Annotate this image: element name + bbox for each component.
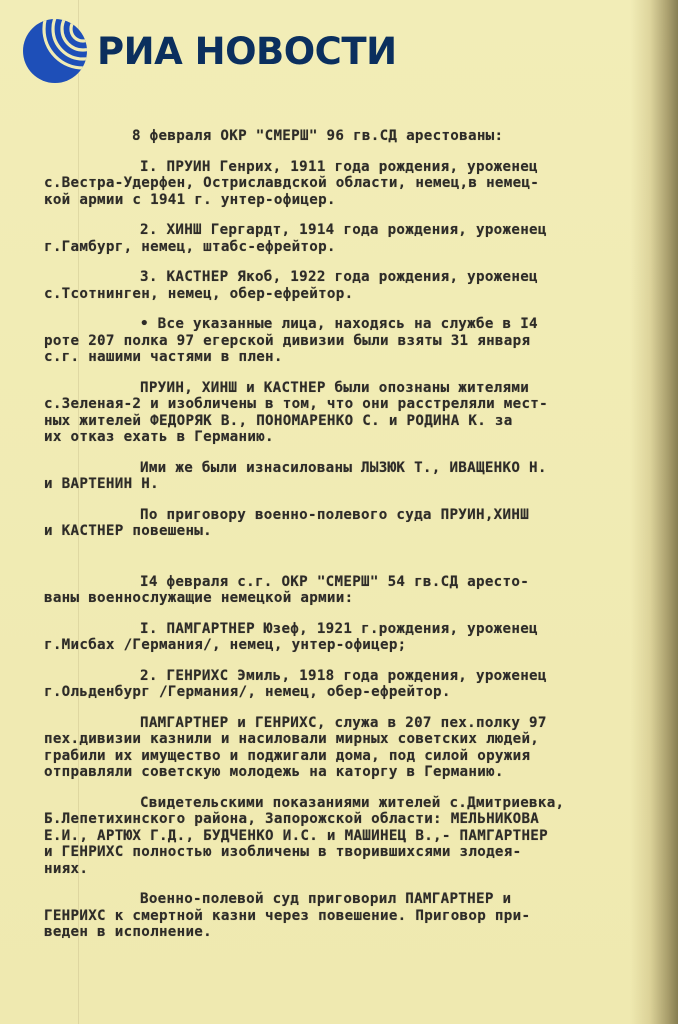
arrested-person-entry: 3. КАСТНЕР Якоб, 1922 года рождения, уро…: [44, 269, 624, 302]
ria-novosti-logo: РИА НОВОСТИ: [21, 17, 397, 85]
report-paragraph-line: Е.И., АРТЮХ Г.Д., БУДЧЕНКО И.С. и МАШИНЕ…: [44, 828, 624, 845]
arrested-person-entry-line: г.Гамбург, немец, штабс-ефрейтор.: [44, 239, 624, 256]
arrested-person-entry: 2. ХИНШ Гергардт, 1914 года рождения, ур…: [44, 222, 624, 255]
report-paragraph-first-line: По приговору военно-полевого суда ПРУИН,…: [44, 507, 624, 524]
report-paragraph: • Все указанные лица, находясь на службе…: [44, 316, 624, 366]
report-paragraph-line: и ГЕНРИХС полностью изобличены в творивш…: [44, 844, 624, 861]
report-paragraph-first-line: ПАМГАРТНЕР и ГЕНРИХС, служа в 207 пех.по…: [44, 715, 624, 732]
arrested-person-entry-first-line: 2. ХИНШ Гергардт, 1914 года рождения, ур…: [44, 222, 624, 239]
report-paragraph-first-line: Свидетельскими показаниями жителей с.Дми…: [44, 795, 624, 812]
report-paragraph-line: и КАСТНЕР повешены.: [44, 523, 624, 540]
arrested-person-entry: 2. ГЕНРИХС Эмиль, 1918 года рождения, ур…: [44, 668, 624, 701]
report-paragraph-line: ных жителей ФЕДОРЯК В., ПОНОМАРЕНКО С. и…: [44, 413, 624, 430]
document-body: 8 февраля ОКР "СМЕРШ" 96 гв.СД арестован…: [44, 128, 624, 941]
report-paragraph-line: отправляли советскую молодежь на каторгу…: [44, 764, 624, 781]
report-paragraph-first-line: • Все указанные лица, находясь на службе…: [44, 316, 624, 333]
report-paragraph-line: пех.дивизии казнили и насиловали мирных …: [44, 731, 624, 748]
section-feb-14: I4 февраля с.г. ОКР "СМЕРШ" 54 гв.СД аре…: [44, 574, 624, 941]
report-paragraph: По приговору военно-полевого суда ПРУИН,…: [44, 507, 624, 540]
report-paragraph-line: с.Зеленая-2 и изобличены в том, что они …: [44, 396, 624, 413]
report-paragraph: ПРУИН, ХИНШ и КАСТНЕР были опознаны жите…: [44, 380, 624, 446]
section-heading: I4 февраля с.г. ОКР "СМЕРШ" 54 гв.СД аре…: [44, 574, 624, 591]
report-paragraph-line: и ВАРТЕНИН Н.: [44, 476, 624, 493]
arrested-person-entry: I. ПРУИН Генрих, 1911 года рождения, уро…: [44, 159, 624, 209]
report-paragraph-line: с.г. нашими частями в плен.: [44, 349, 624, 366]
arrested-person-entry-first-line: 2. ГЕНРИХС Эмиль, 1918 года рождения, ур…: [44, 668, 624, 685]
report-paragraph: ПАМГАРТНЕР и ГЕНРИХС, служа в 207 пех.по…: [44, 715, 624, 781]
arrested-person-entry-line: кой армии с 1941 г. унтер-офицер.: [44, 192, 624, 209]
report-paragraph-first-line: Военно-полевой суд приговорил ПАМГАРТНЕР…: [44, 891, 624, 908]
report-paragraph-line: Б.Лепетихинского района, Запорожской обл…: [44, 811, 624, 828]
arrested-person-entry: I. ПАМГАРТНЕР Юзеф, 1921 г.рождения, уро…: [44, 621, 624, 654]
brand-name: РИА НОВОСТИ: [97, 30, 397, 73]
arrested-person-entry-first-line: I. ПАМГАРТНЕР Юзеф, 1921 г.рождения, уро…: [44, 621, 624, 638]
section-heading: 8 февраля ОКР "СМЕРШ" 96 гв.СД арестован…: [44, 128, 624, 145]
report-paragraph-line: роте 207 полка 97 егерской дивизии были …: [44, 333, 624, 350]
section-heading-line: ваны военнослужащие немецкой армии:: [44, 590, 624, 607]
report-paragraph: Военно-полевой суд приговорил ПАМГАРТНЕР…: [44, 891, 624, 941]
report-paragraph: Ими же были изнасилованы ЛЫЗЮК Т., ИВАЩЕ…: [44, 460, 624, 493]
arrested-person-entry-line: с.Тсотнинген, немец, обер-ефрейтор.: [44, 286, 624, 303]
report-paragraph-line: веден в исполнение.: [44, 924, 624, 941]
arrested-person-entry-line: с.Вестра-Удерфен, Остриславдской области…: [44, 175, 624, 192]
report-paragraph: Свидетельскими показаниями жителей с.Дми…: [44, 795, 624, 878]
ria-globe-icon: [21, 17, 89, 85]
arrested-person-entry-line: г.Ольденбург /Германия/, немец, обер-ефр…: [44, 684, 624, 701]
arrested-person-entry-first-line: 3. КАСТНЕР Якоб, 1922 года рождения, уро…: [44, 269, 624, 286]
arrested-person-entry-first-line: I. ПРУИН Генрих, 1911 года рождения, уро…: [44, 159, 624, 176]
report-paragraph-first-line: Ими же были изнасилованы ЛЫЗЮК Т., ИВАЩЕ…: [44, 460, 624, 477]
report-paragraph-line: ГЕНРИХС к смертной казни через повешение…: [44, 908, 624, 925]
report-paragraph-line: их отказ ехать в Германию.: [44, 429, 624, 446]
report-paragraph-line: ниях.: [44, 861, 624, 878]
report-paragraph-line: грабили их имущество и поджигали дома, п…: [44, 748, 624, 765]
arrested-person-entry-line: г.Мисбах /Германия/, немец, унтер-офицер…: [44, 637, 624, 654]
section-feb-8: 8 февраля ОКР "СМЕРШ" 96 гв.СД арестован…: [44, 128, 624, 540]
report-paragraph-first-line: ПРУИН, ХИНШ и КАСТНЕР были опознаны жите…: [44, 380, 624, 397]
